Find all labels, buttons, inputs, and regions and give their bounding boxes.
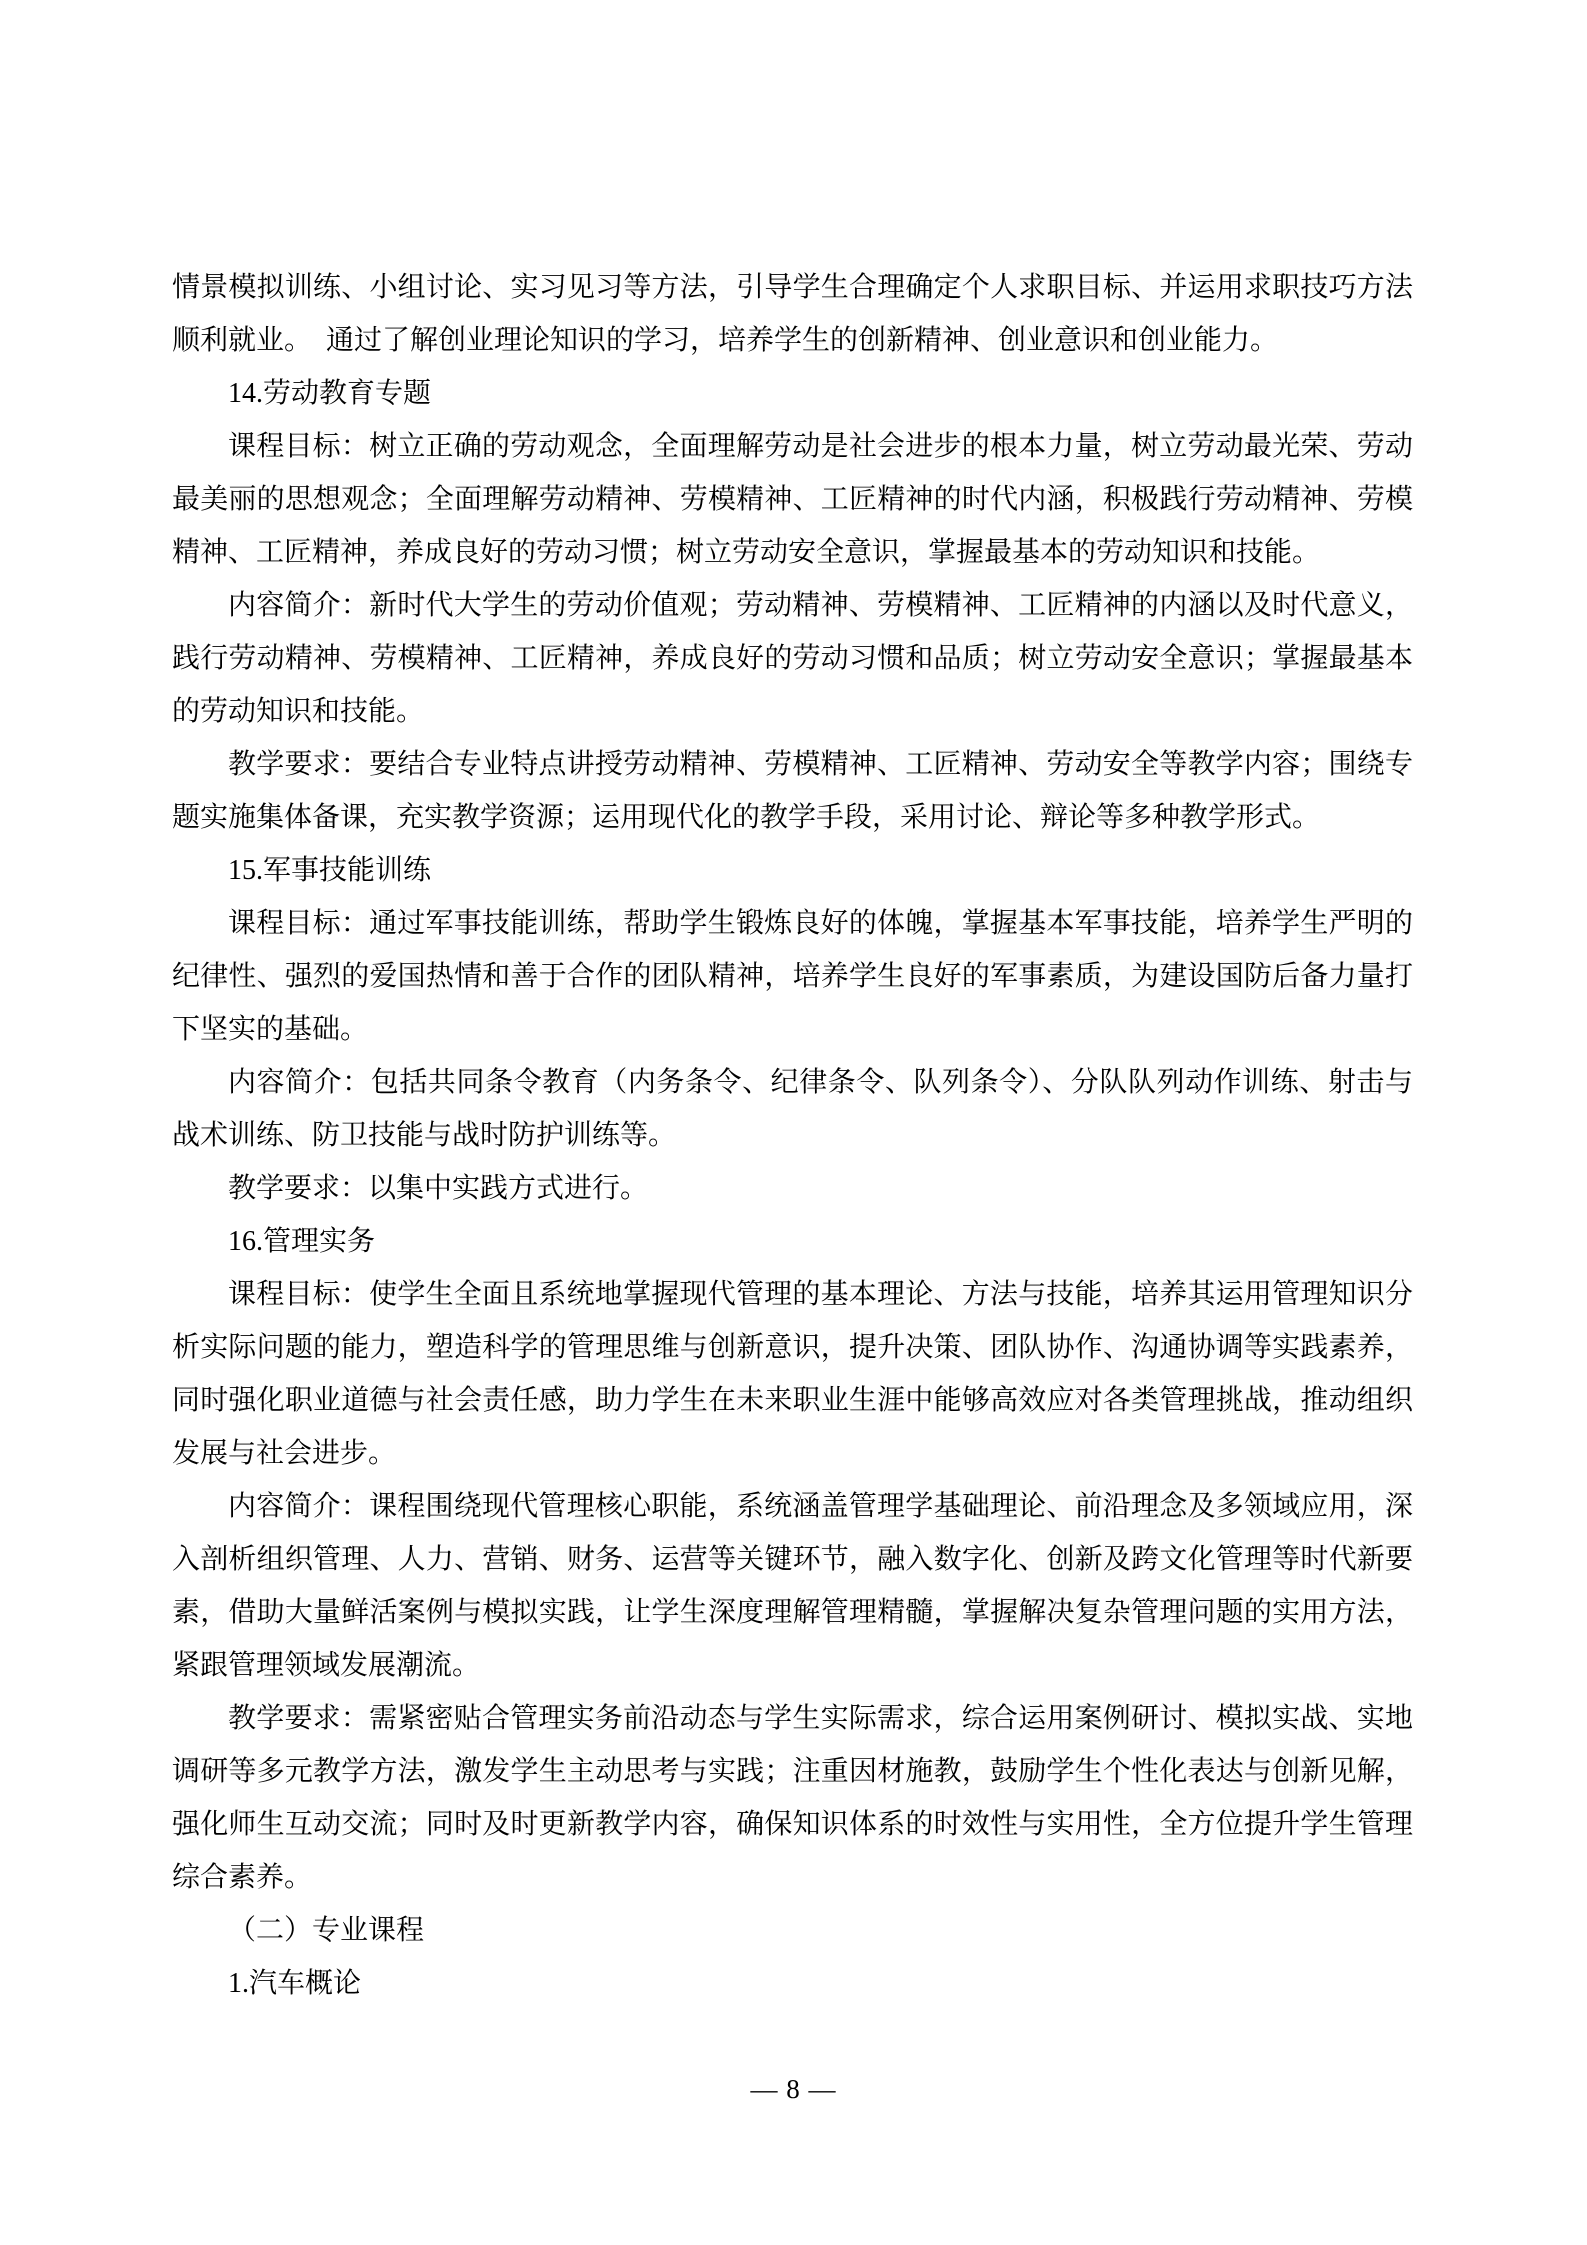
course-objective-paragraph: 课程目标：通过军事技能训练，帮助学生锻炼良好的体魄，掌握基本军事技能，培养学生严…	[172, 897, 1413, 1056]
page-footer: — 8 —	[0, 2072, 1587, 2106]
teaching-requirement-paragraph: 教学要求：需紧密贴合管理实务前沿动态与学生实际需求，综合运用案例研讨、模拟实战、…	[172, 1692, 1413, 1904]
body-continuation-paragraph: 情景模拟训练、小组讨论、实习见习等方法，引导学生合理确定个人求职目标、并运用求职…	[172, 261, 1413, 367]
course-intro-paragraph: 内容简介：包括共同条令教育（内务条令、纪律条令、队列条令）、分队队列动作训练、射…	[172, 1056, 1413, 1162]
document-page: 情景模拟训练、小组讨论、实习见习等方法，引导学生合理确定个人求职目标、并运用求职…	[0, 0, 1587, 2245]
teaching-requirement-paragraph: 教学要求：要结合专业特点讲授劳动精神、劳模精神、工匠精神、劳动安全等教学内容；围…	[172, 738, 1413, 844]
page-number: — 8 —	[751, 2074, 837, 2104]
course-heading-15: 15.军事技能训练	[172, 844, 1413, 897]
course-objective-paragraph: 课程目标：使学生全面且系统地掌握现代管理的基本理论、方法与技能，培养其运用管理知…	[172, 1268, 1413, 1480]
course-heading-16: 16.管理实务	[172, 1215, 1413, 1268]
course-heading-1: 1.汽车概论	[172, 1957, 1413, 2010]
course-heading-14: 14.劳动教育专题	[172, 367, 1413, 420]
section-heading: （二）专业课程	[172, 1904, 1413, 1957]
course-intro-paragraph: 内容简介：新时代大学生的劳动价值观；劳动精神、劳模精神、工匠精神的内涵以及时代意…	[172, 579, 1413, 738]
document-body: 情景模拟训练、小组讨论、实习见习等方法，引导学生合理确定个人求职目标、并运用求职…	[172, 261, 1413, 2010]
teaching-requirement-paragraph: 教学要求：以集中实践方式进行。	[172, 1162, 1413, 1215]
course-objective-paragraph: 课程目标：树立正确的劳动观念，全面理解劳动是社会进步的根本力量，树立劳动最光荣、…	[172, 420, 1413, 579]
course-intro-paragraph: 内容简介：课程围绕现代管理核心职能，系统涵盖管理学基础理论、前沿理念及多领域应用…	[172, 1480, 1413, 1692]
